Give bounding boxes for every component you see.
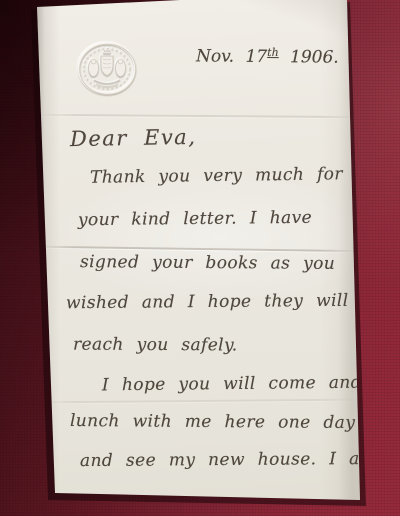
letter-line: signed your books as you [80,252,335,274]
date-line: Nov. 17th 1906. [196,45,339,67]
letter-line: your kind letter. I have [78,208,312,230]
letter-line: wished and I hope they will [66,291,349,313]
letter-paper: Nov. 17th 1906. Dear Eva, Thank you very… [0,0,400,516]
date-month: Nov. [196,46,234,66]
letter-photograph: Nov. 17th 1906. Dear Eva, Thank you very… [0,0,400,516]
letter-line: lunch with me here one day [70,411,355,433]
fold-crease [38,114,358,119]
date-day-suffix: th [267,46,279,59]
date-day: 17 [245,47,267,67]
salutation: Dear Eva, [70,125,197,151]
letter-line: reach you safely. [73,335,238,356]
letter-line: I hope you will come and [102,373,362,396]
fold-crease [38,399,358,405]
date-year: 1906. [290,47,339,67]
letter-line: Thank you very much for [90,164,343,188]
embossed-crest-seal-icon [76,40,138,97]
letter-line: and see my new house. I am [80,449,376,471]
